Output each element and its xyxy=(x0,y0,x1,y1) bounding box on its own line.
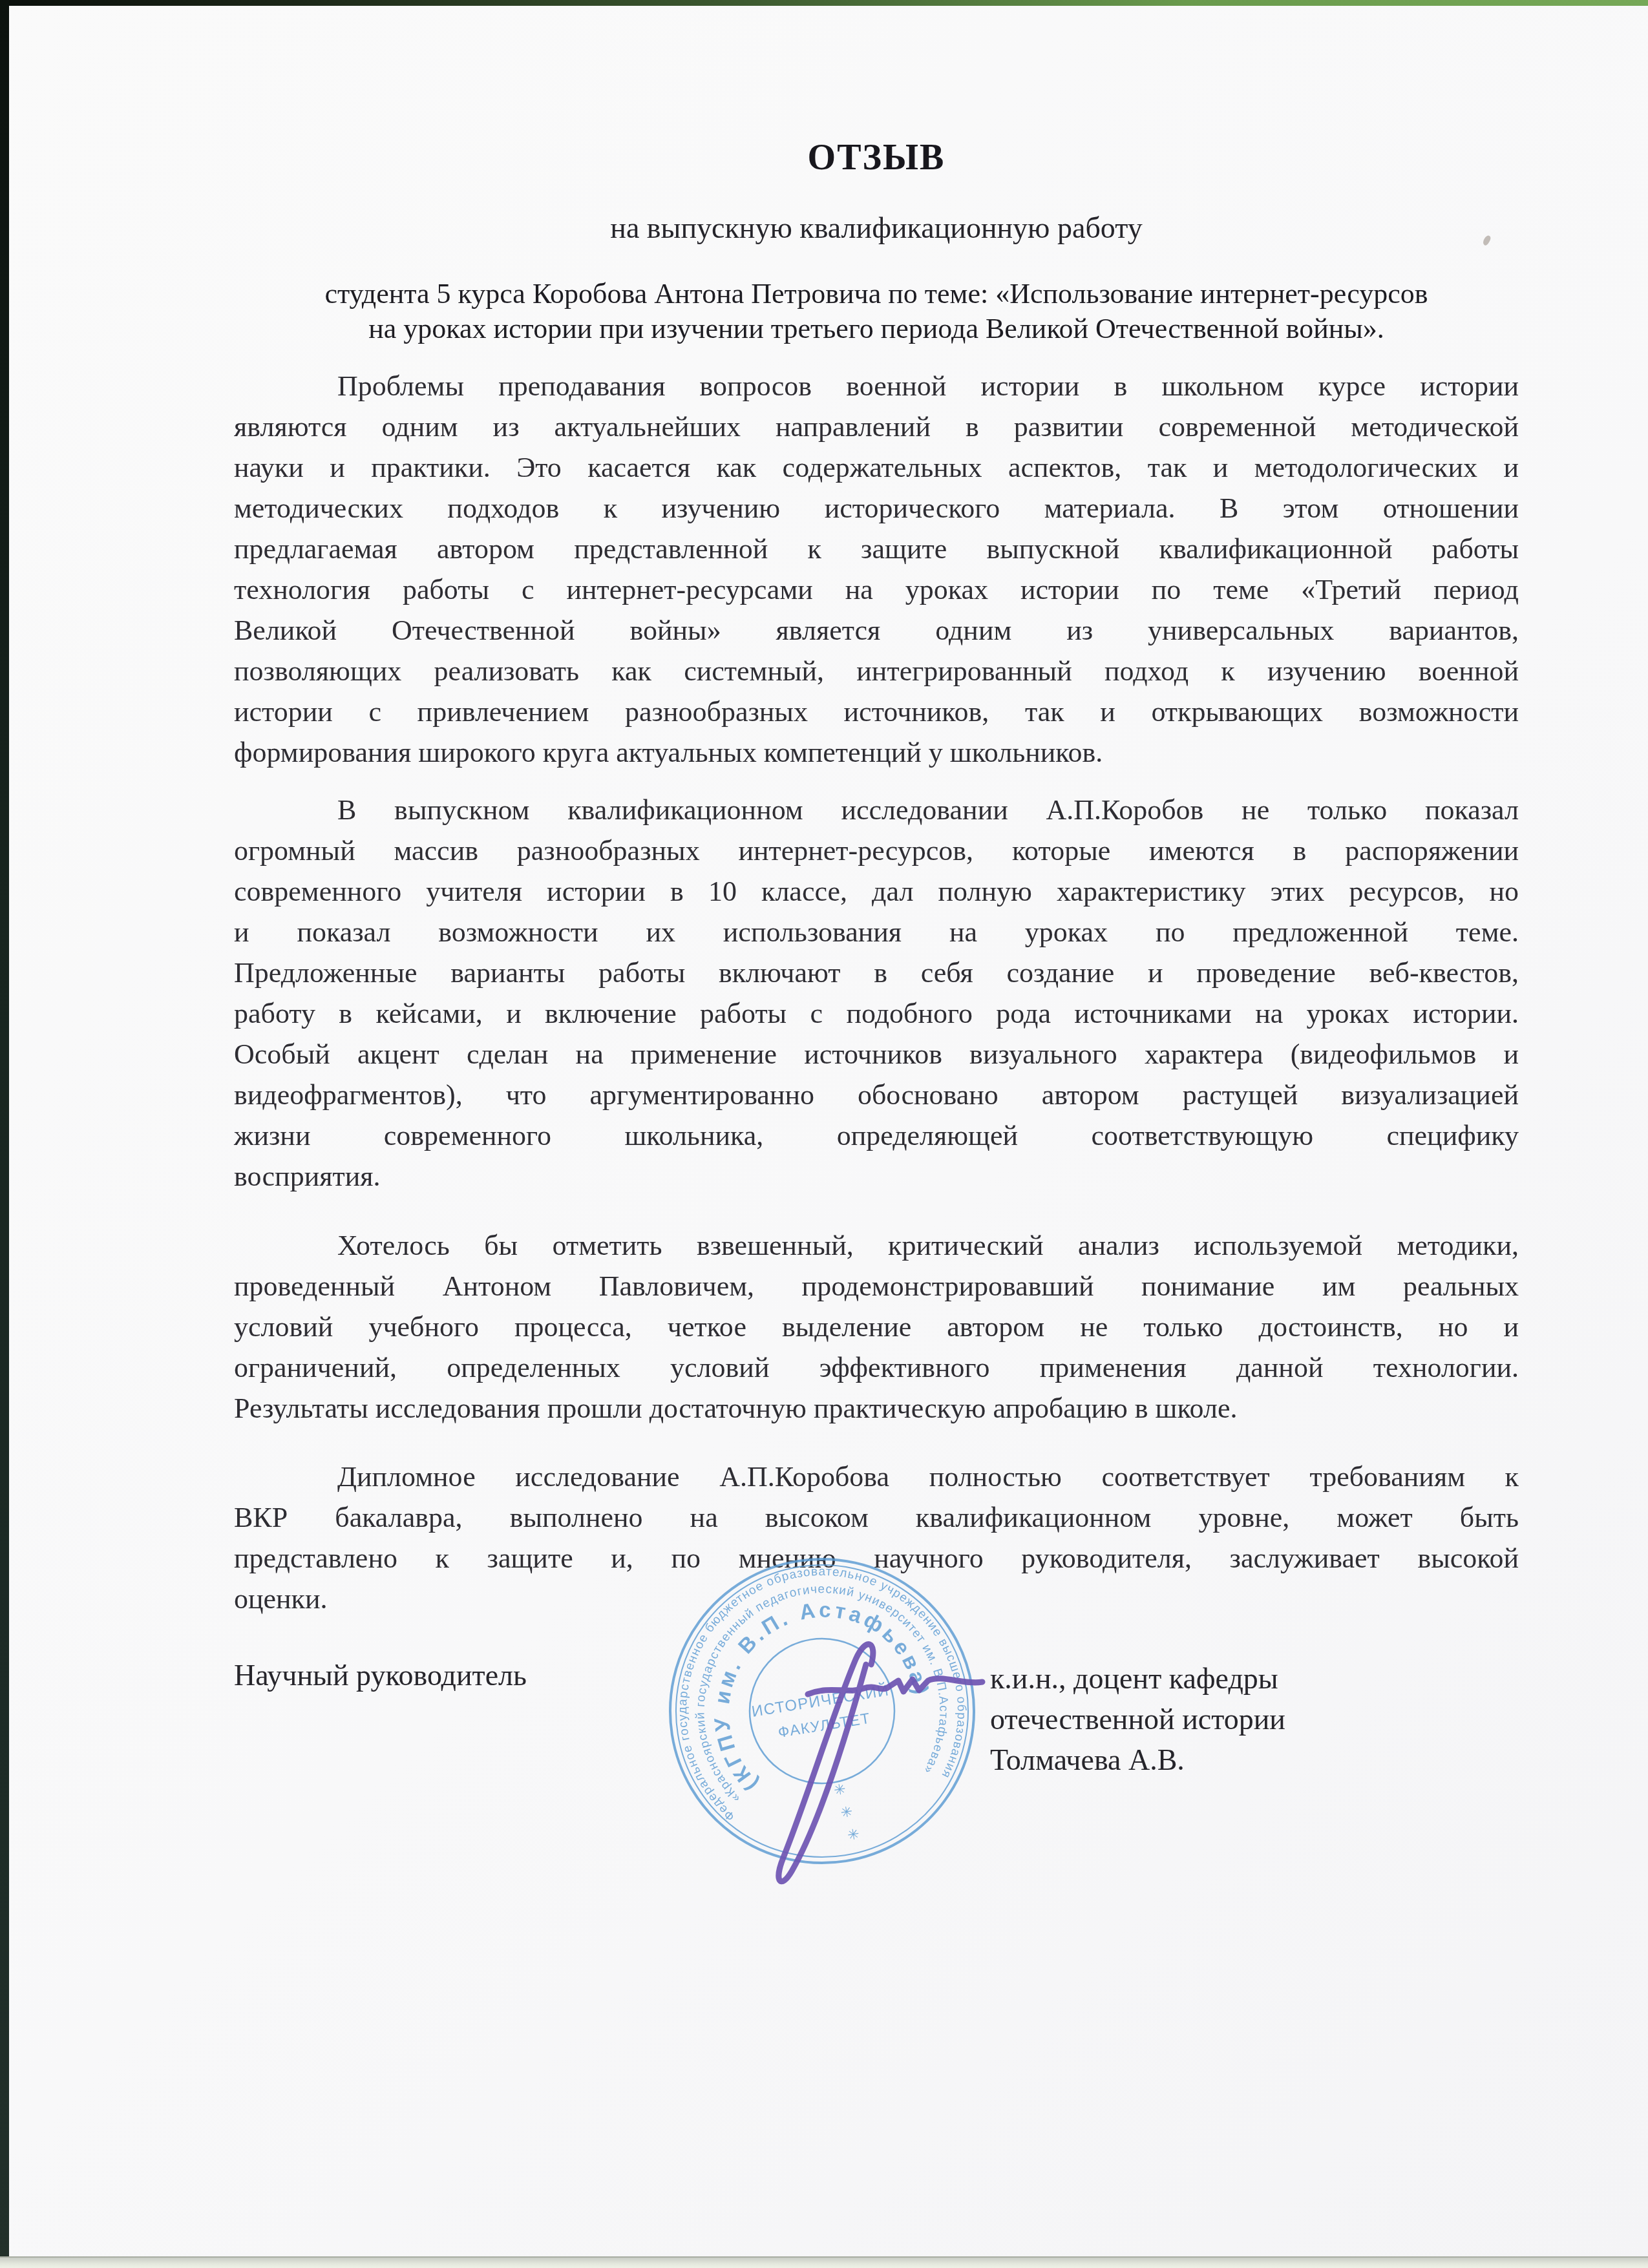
scanned-review-page: ОТЗЫВ на выпускную квалификационную рабо… xyxy=(0,0,1648,2268)
signature-loop-stroke xyxy=(779,1644,873,1882)
text-line: Великой Отечественной войны» является од… xyxy=(234,610,1519,651)
text-line: являются одним из актуальнейших направле… xyxy=(234,406,1519,447)
paragraph-3: Хотелось бы отметить взвешенный, критиче… xyxy=(234,1225,1519,1429)
document-subtitle: на выпускную квалификационную работу xyxy=(234,211,1519,245)
text-line: Результаты исследования прошли достаточн… xyxy=(234,1388,1519,1429)
text-line: видеофрагментов), что аргументированно о… xyxy=(234,1075,1519,1115)
text-line: жизни современного школьника, определяющ… xyxy=(234,1115,1519,1156)
scan-edge-top xyxy=(0,0,1648,6)
handwritten-signature xyxy=(711,1602,1034,1900)
paragraph-2: В выпускном квалификационном исследовани… xyxy=(234,790,1519,1197)
text-line: истории с привлечением разнообразных ист… xyxy=(234,691,1519,732)
text-line: на уроках истории при изучении третьего … xyxy=(234,311,1519,346)
text-line: современного учителя истории в 10 классе… xyxy=(234,871,1519,912)
supervisor-credentials: к.и.н., доцент кафедрыотечественной исто… xyxy=(990,1658,1520,1780)
text-line: Особый акцент сделан на применение источ… xyxy=(234,1034,1519,1075)
paragraph-1: Проблемы преподавания вопросов военной и… xyxy=(234,366,1519,773)
text-line: восприятия. xyxy=(234,1156,1519,1197)
text-line: ограничений, определенных условий эффект… xyxy=(234,1347,1519,1388)
text-line: огромный массив разнообразных интернет-р… xyxy=(234,830,1519,871)
text-line: Предложенные варианты работы включают в … xyxy=(234,952,1519,993)
text-line: и показал возможности их использования н… xyxy=(234,912,1519,952)
text-line: к.и.н., доцент кафедры xyxy=(990,1658,1520,1699)
supervisor-label: Научный руководитель xyxy=(234,1658,527,1692)
text-line: отечественной истории xyxy=(990,1699,1520,1739)
signature-tail-stroke xyxy=(808,1679,982,1694)
document-title: ОТЗЫВ xyxy=(234,137,1519,178)
text-line: Хотелось бы отметить взвешенный, критиче… xyxy=(234,1225,1519,1266)
text-line: условий учебного процесса, четкое выделе… xyxy=(234,1307,1519,1347)
text-line: Дипломное исследование А.П.Коробова полн… xyxy=(234,1456,1519,1497)
text-line: студента 5 курса Коробова Антона Петрови… xyxy=(234,277,1519,311)
text-line: технология работы с интернет-ресурсами н… xyxy=(234,569,1519,610)
text-line: предлагаемая автором представленной к за… xyxy=(234,529,1519,569)
text-line: формирования широкого круга актуальных к… xyxy=(234,732,1519,773)
text-line: науки и практики. Это касается как содер… xyxy=(234,447,1519,488)
text-line: Толмачева А.В. xyxy=(990,1739,1520,1780)
text-line: работу в кейсами, и включение работы с п… xyxy=(234,993,1519,1034)
text-line: методических подходов к изучению историч… xyxy=(234,488,1519,529)
text-line: В выпускном квалификационном исследовани… xyxy=(234,790,1519,830)
student-info: студента 5 курса Коробова Антона Петрови… xyxy=(234,277,1519,346)
text-line: позволяющих реализовать как системный, и… xyxy=(234,651,1519,691)
text-line: проведенный Антоном Павловичем, продемон… xyxy=(234,1266,1519,1307)
scan-edge-bottom xyxy=(0,2256,1648,2268)
text-line: ВКР бакалавра, выполнено на высоком квал… xyxy=(234,1497,1519,1538)
text-line: Проблемы преподавания вопросов военной и… xyxy=(234,366,1519,406)
scan-edge-left xyxy=(0,0,9,2268)
